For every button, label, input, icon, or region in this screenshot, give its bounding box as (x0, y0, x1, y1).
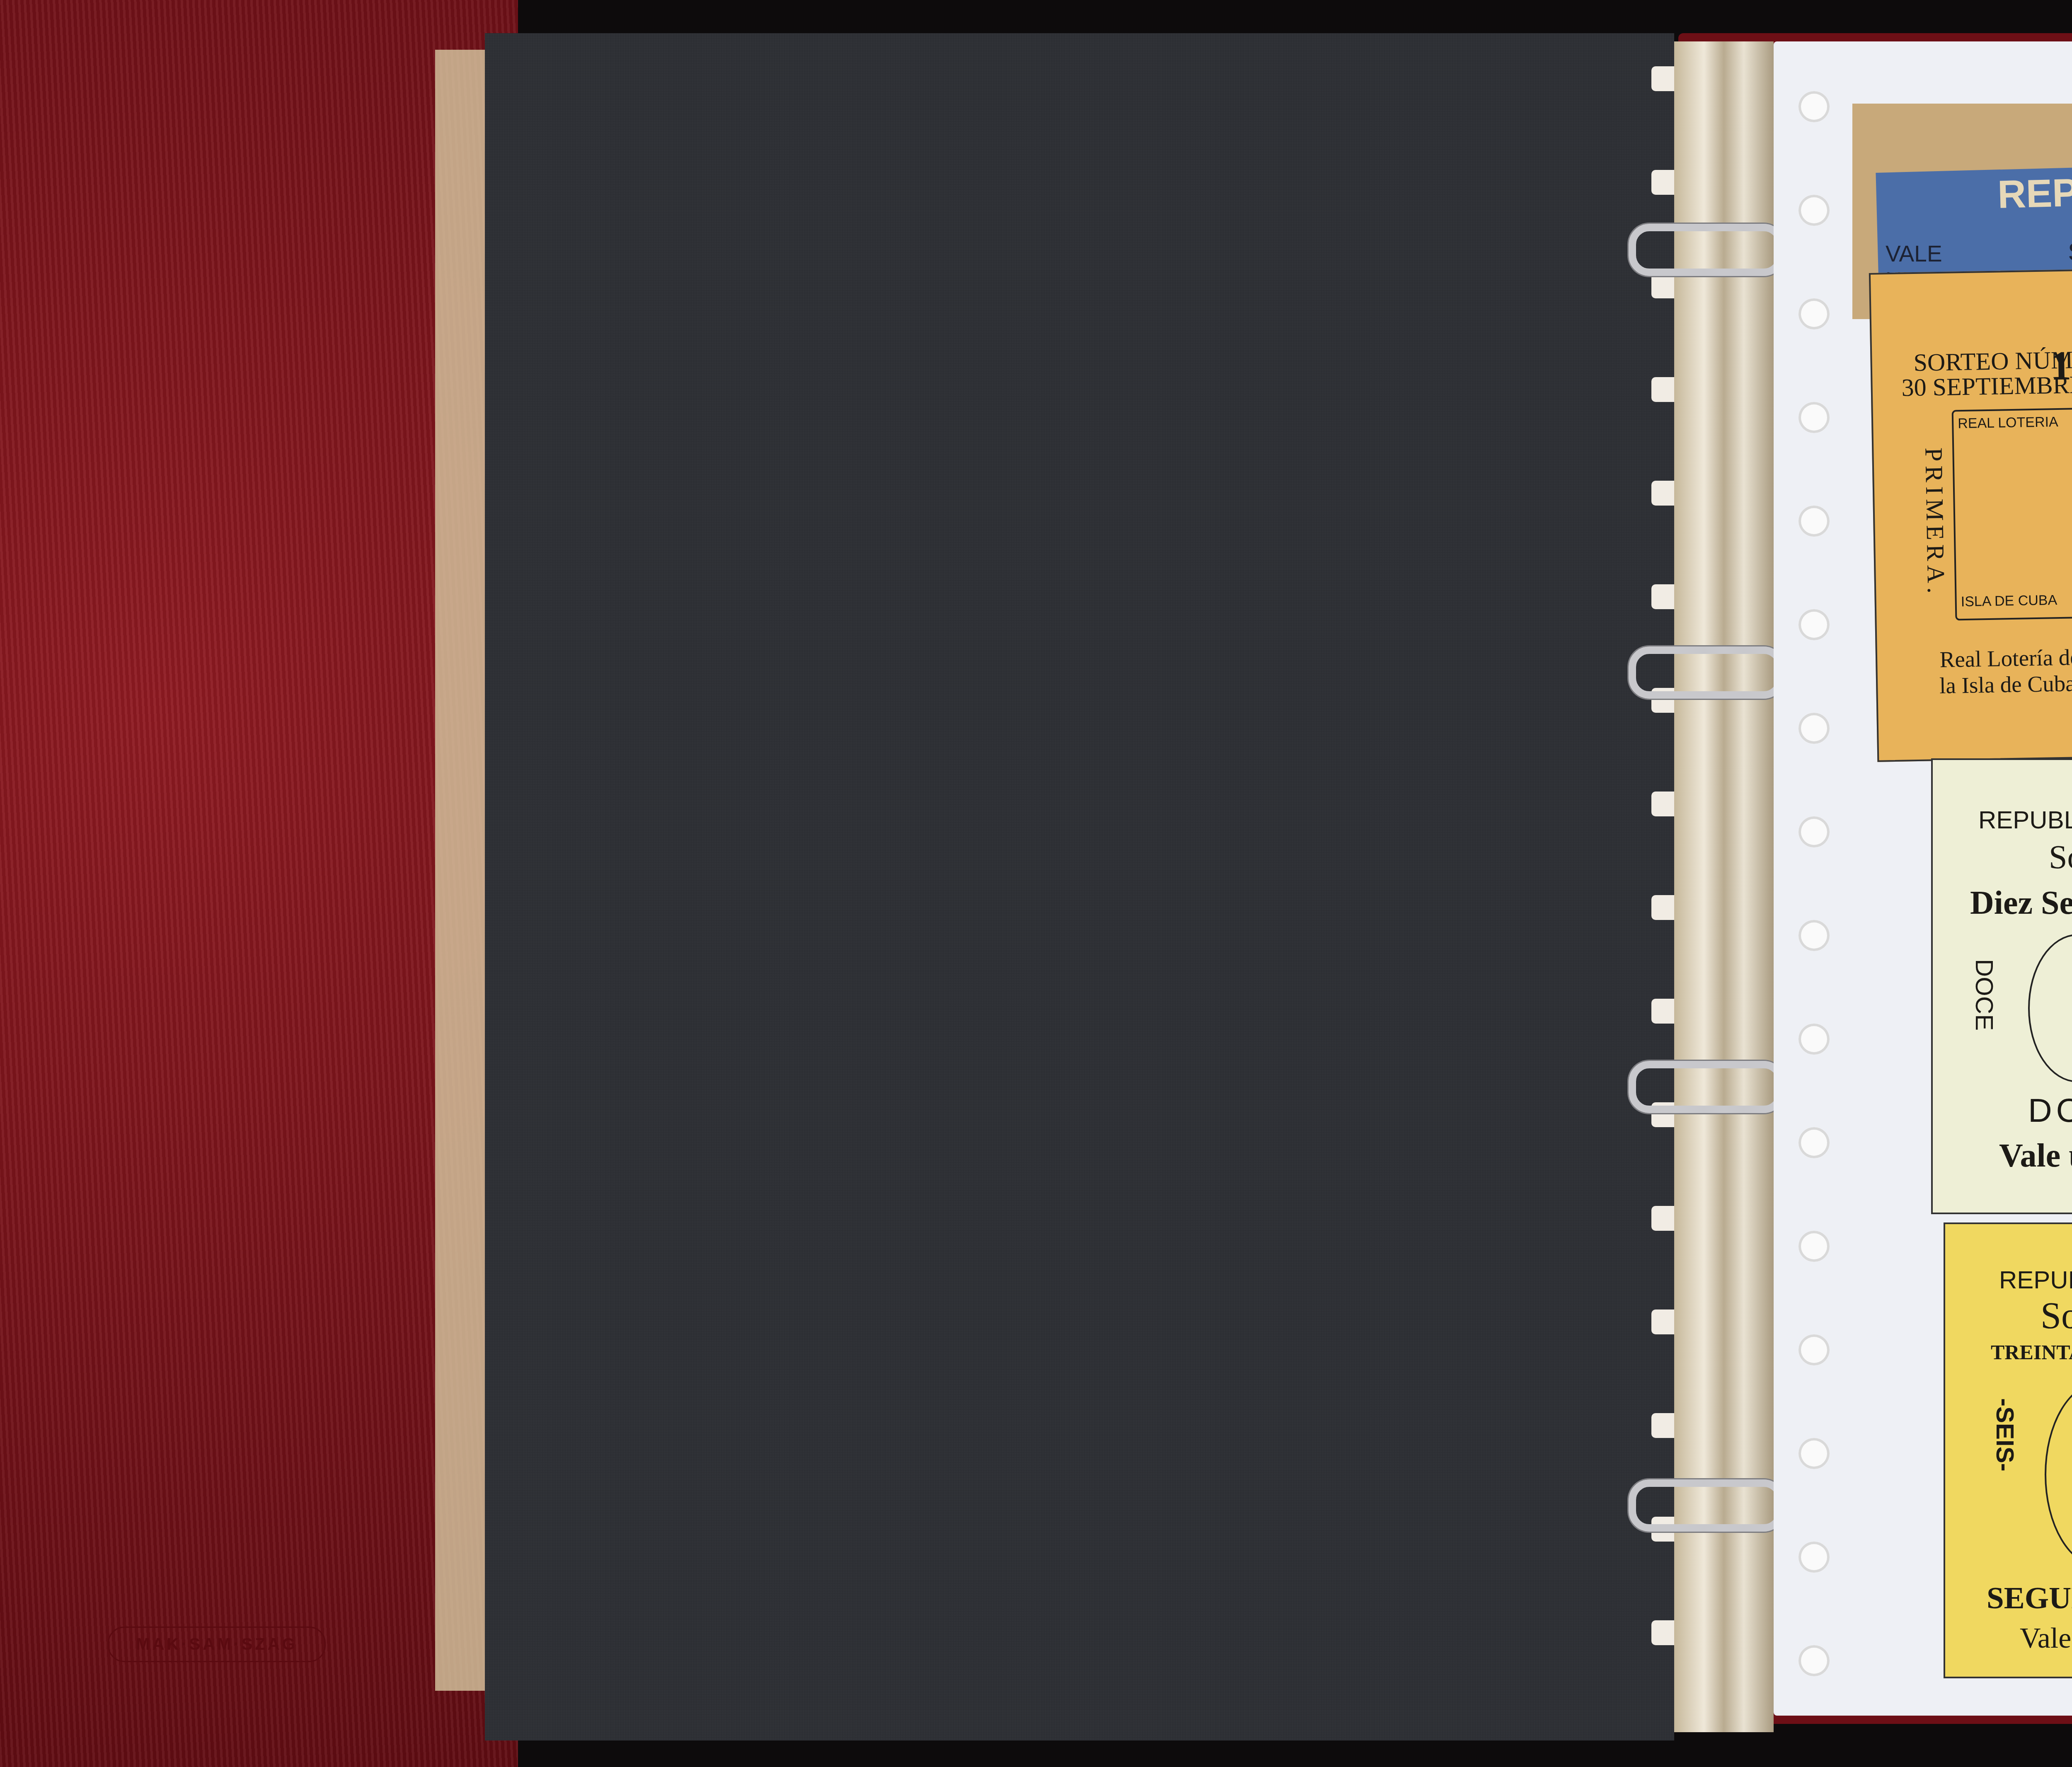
punch-hole (1651, 1310, 1674, 1334)
sleeve-hole (1798, 1024, 1830, 1055)
punch-hole (1651, 481, 1674, 506)
ticket-seal (2028, 934, 2072, 1082)
sleeve-hole (1798, 1127, 1830, 1158)
binder-ring[interactable] (1629, 646, 1784, 699)
punch-hole (1651, 1206, 1674, 1231)
punch-hole (1651, 584, 1674, 609)
sleeve-hole (1798, 91, 1830, 122)
orange-lottery-ticket-1896[interactable]: SORTEO NÚM. 27. 30 SEPTIEMBRE 1896. LOTE… (1869, 257, 2072, 762)
punch-hole (1651, 792, 1674, 816)
yellow-lottery-ticket-1909[interactable]: REPUBLICA DE CUBA LOTERIA NACIONAL Sorte… (1944, 1222, 2072, 1678)
ticket-serie: SEGUNDA SERIE (1987, 1581, 2072, 1616)
sleeve-hole (1798, 609, 1830, 640)
sleeve-hole (1798, 195, 1830, 226)
punch-hole (1651, 274, 1674, 298)
ticket-seal (2045, 1382, 2072, 1567)
ticket-republic: REPUBLICA DE CUBA (1999, 1266, 2072, 1294)
ticket-vertical-label: PRIMERA. (1919, 448, 1950, 598)
sleeve-hole (1798, 1231, 1830, 1262)
punch-hole (1651, 895, 1674, 920)
seal-top-text: REAL LOTERIA (1958, 414, 2058, 432)
ticket-series-left: 1.ª (2050, 341, 2072, 390)
sleeve-hole (1798, 298, 1830, 329)
sleeve-hole (1798, 1334, 1830, 1365)
sleeve-hole (1798, 816, 1830, 847)
ticket-header: REPUBLICA DE CUBA·LOTERIA NACIONAL (1997, 151, 2072, 218)
punch-hole (1651, 66, 1674, 91)
album-emboss-logo: MAK·SAM·SZAG (108, 1627, 326, 1662)
seal-bottom-text: ISLA DE CUBA (1961, 592, 2057, 610)
ticket-date: Diez Septiembre 1909 (1970, 884, 2072, 922)
ticket-side-word-left: DOCE (1970, 959, 1999, 1031)
ticket-value: Vale un peso (1999, 1137, 2072, 1175)
ticket-date: TREINTA Y UNO DICIEMBRE 1909 (1991, 1340, 2072, 1364)
punch-hole (1651, 999, 1674, 1024)
punch-hole (1651, 170, 1674, 195)
sleeve-hole (1798, 506, 1830, 537)
ticket-sorteo: Sorteo N.º 1 (2049, 839, 2072, 876)
sleeve-hole (1798, 713, 1830, 744)
ticket-sorteo: Sorteo N.º 11 (2041, 1295, 2072, 1337)
ticket-value: Vale 25 centavos (2020, 1622, 2072, 1655)
binder-ring[interactable] (1629, 224, 1784, 276)
binder-ring[interactable] (1629, 1479, 1784, 1532)
sleeve-hole (1798, 402, 1830, 433)
sleeve-hole (1798, 1438, 1830, 1469)
left-sleeve-edge (435, 50, 485, 1691)
binder-spine (1674, 41, 1774, 1732)
sleeve-hole (1798, 1645, 1830, 1676)
binder-ring[interactable] (1629, 1061, 1784, 1113)
ticket-word: DOCE (2028, 1092, 2072, 1130)
ticket-date: 30 SEPTIEMBRE 1896. (1901, 369, 2072, 402)
ticket-side-word-left: -SEIS- (1991, 1398, 2019, 1472)
ticket-republic: REPUBLICA DE CUBA (1978, 806, 2072, 834)
punch-hole (1651, 377, 1674, 402)
ticket-issuer: Real Lotería de la Isla de Cuba. (1931, 644, 2072, 699)
green-lottery-ticket-1909[interactable]: REPUBLICA DE CUBA LOTERIA NACIONAL Sorte… (1931, 758, 2072, 1214)
sleeve-hole (1798, 920, 1830, 951)
punch-hole (1651, 1620, 1674, 1645)
sleeve-hole (1798, 1542, 1830, 1573)
black-interleaf-page[interactable] (485, 33, 1674, 1740)
ticket-seal-frame: REAL LOTERIA ISLA DE CUBA (1952, 408, 2072, 620)
punch-hole (1651, 1413, 1674, 1438)
